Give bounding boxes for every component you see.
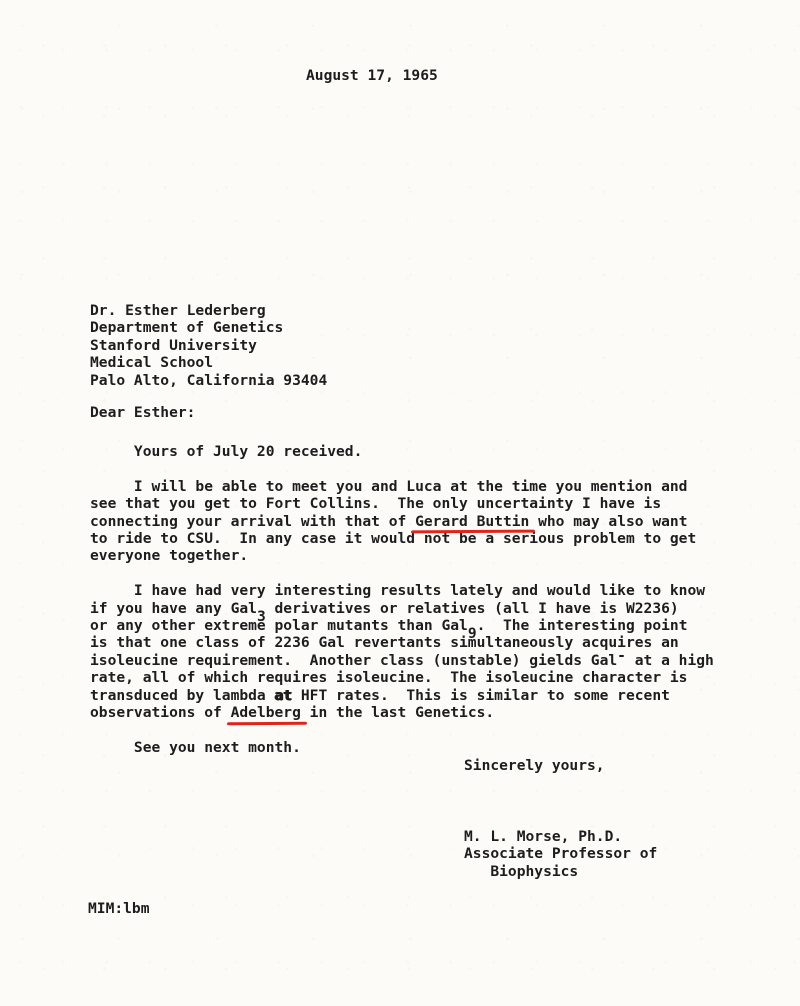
letter-line: everyone together.: [90, 547, 750, 564]
typed-subscript: 9: [468, 625, 477, 642]
text-segment: isoleucine requirement. Another class (u…: [90, 652, 617, 669]
text-segment: at a high: [626, 652, 714, 669]
closing-line: Sincerely yours,: [464, 757, 605, 774]
letter-line: Yours of July 20 received.: [90, 443, 750, 460]
letter-line: I have had very interesting results late…: [90, 582, 750, 599]
text-segment: in the last Genetics.: [301, 704, 494, 721]
text-segment: if you have any Gal: [90, 600, 257, 617]
text-segment: connecting your arrival with that of: [90, 513, 415, 530]
scanned-letter-page: August 17, 1965 Dr. Esther LederbergDepa…: [0, 0, 800, 1006]
salutation: Dear Esther:: [90, 404, 195, 421]
letter-line: transduced by lambda at HFT rates. This …: [90, 687, 750, 704]
text-segment: to ride to CSU. In any case it would not…: [90, 530, 696, 547]
address-line: Dr. Esther Lederberg: [90, 302, 327, 319]
paragraph: I will be able to meet you and Luca at t…: [90, 478, 750, 565]
letter-line: if you have any Gal3 derivatives or rela…: [90, 600, 750, 617]
typed-superscript: -: [617, 647, 626, 664]
address-line: Medical School: [90, 354, 327, 371]
letter-line: I will be able to meet you and Luca at t…: [90, 478, 750, 495]
typed-subscript: 3: [257, 608, 266, 625]
text-segment: I will be able to meet you and Luca at t…: [90, 478, 687, 495]
text-segment: observations of: [90, 704, 231, 721]
letter-line: See you next month.: [90, 739, 750, 756]
text-segment: Yours of July 20 received.: [90, 443, 362, 460]
letter-line: rate, all of which requires isoleucine. …: [90, 669, 750, 686]
recipient-address: Dr. Esther LederbergDepartment of Geneti…: [90, 302, 327, 389]
address-line: Department of Genetics: [90, 319, 327, 336]
overstruck-text: at: [275, 687, 293, 704]
red-underlined-name: Gerard Buttin: [415, 513, 529, 530]
letter-line: connecting your arrival with that of Ger…: [90, 513, 750, 530]
paragraph: I have had very interesting results late…: [90, 582, 750, 721]
date-line: August 17, 1965: [306, 67, 438, 84]
text-segment: see that you get to Fort Collins. The on…: [90, 495, 661, 512]
letter-line: observations of Adelberg in the last Gen…: [90, 704, 750, 721]
address-line: Palo Alto, California 93404: [90, 372, 327, 389]
text-segment: I have had very interesting results late…: [90, 582, 705, 599]
address-line: Stanford University: [90, 337, 327, 354]
text-segment: transduced by lambda: [90, 687, 275, 704]
text-segment: who may also want: [529, 513, 687, 530]
letter-body: Yours of July 20 received. I will be abl…: [90, 443, 750, 774]
text-segment: . The interesting point: [477, 617, 688, 634]
signature-line: Biophysics: [464, 863, 657, 880]
text-segment: See you next month.: [90, 739, 301, 756]
text-segment: derivatives or relatives (all I have is …: [266, 600, 679, 617]
paragraph: Yours of July 20 received.: [90, 443, 750, 460]
text-segment: everyone together.: [90, 547, 248, 564]
typist-reference: MIM:lbm: [88, 900, 150, 917]
letter-line: see that you get to Fort Collins. The on…: [90, 495, 750, 512]
signature-line: Associate Professor of: [464, 845, 657, 862]
paragraph: See you next month.: [90, 739, 750, 756]
text-segment: HFT rates. This is similar to some recen…: [292, 687, 670, 704]
text-segment: is that one class of 2236 Gal revertants…: [90, 634, 679, 651]
signature-block: M. L. Morse, Ph.D.Associate Professor of…: [464, 828, 657, 880]
signature-line: M. L. Morse, Ph.D.: [464, 828, 657, 845]
letter-line: is that one class of 2236 Gal revertants…: [90, 634, 750, 651]
text-segment: rate, all of which requires isoleucine. …: [90, 669, 687, 686]
letter-line: or any other extreme polar mutants than …: [90, 617, 750, 634]
red-underlined-name: Adelberg: [231, 704, 301, 721]
text-segment: or any other extreme polar mutants than …: [90, 617, 468, 634]
letter-line: isoleucine requirement. Another class (u…: [90, 652, 750, 669]
